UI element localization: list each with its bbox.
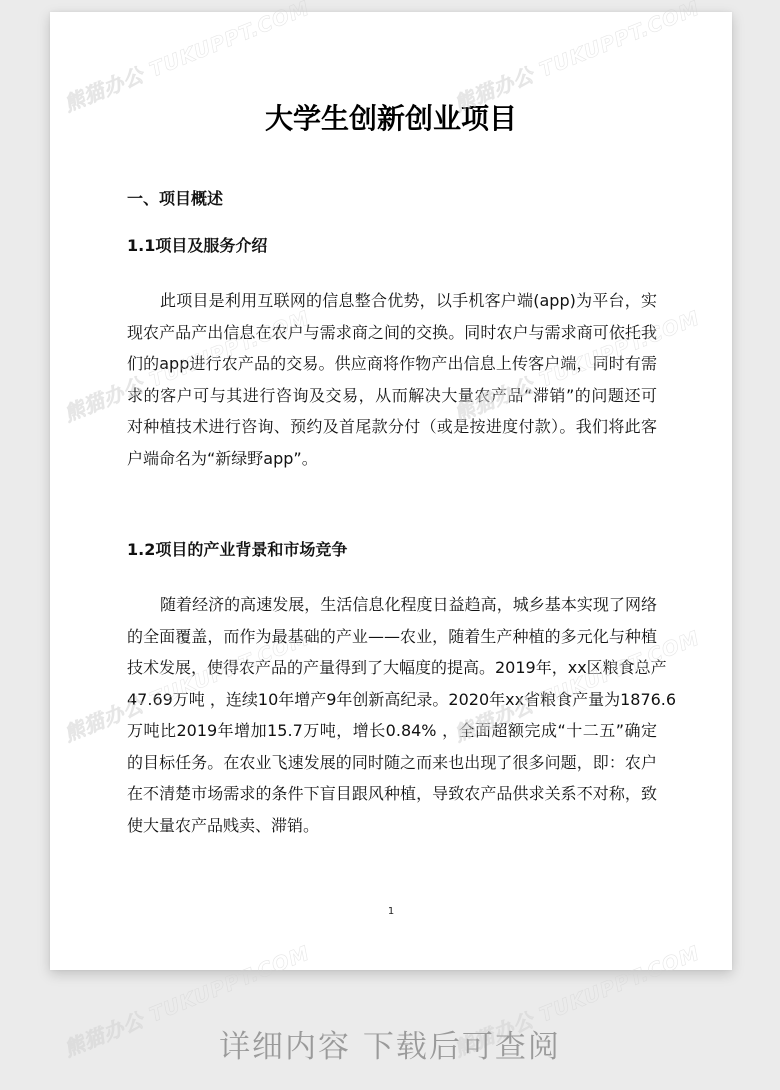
document-title: 大学生创新创业项目 <box>50 102 732 136</box>
paragraph-line: 万吨比2019年增加15.7万吨，增长0.84% ，全面超额完成“十二五”确定 <box>127 715 657 747</box>
paragraph-line: 使大量农产品贱卖、滞销。 <box>127 810 657 842</box>
paragraph-project-intro: 此项目是利用互联网的信息整合优势，以手机客户端(app)为平台，实 现农产品产出… <box>127 285 657 474</box>
paragraph-line: 的全面覆盖，而作为最基础的产业——农业，随着生产种植的多元化与种植 <box>127 621 657 653</box>
section-heading-overview: 一、项目概述 <box>127 188 223 210</box>
document-page: 大学生创新创业项目 一、项目概述 1.1项目及服务介绍 此项目是利用互联网的信息… <box>50 12 732 970</box>
download-to-view-notice: 详细内容 下载后可查阅 <box>0 1021 780 1066</box>
paragraph-line: 技术发展，使得农产品的产量得到了大幅度的提高。2019年，xx区粮食总产 <box>127 652 657 684</box>
paragraph-line: 此项目是利用互联网的信息整合优势，以手机客户端(app)为平台，实 <box>127 285 657 317</box>
paragraph-industry-background: 随着经济的高速发展，生活信息化程度日益趋高，城乡基本实现了网络 的全面覆盖，而作… <box>127 589 657 841</box>
paragraph-line: 对种植技术进行咨询、预约及首尾款分付（或是按进度付款）。我们将此客 <box>127 411 657 443</box>
paragraph-line: 在不清楚市场需求的条件下盲目跟风种植，导致农产品供求关系不对称，致 <box>127 778 657 810</box>
subsection-heading-industry-background: 1.2项目的产业背景和市场竞争 <box>127 539 347 561</box>
paragraph-line: 47.69万吨 ，连续10年增产9年创新高纪录。2020年xx省粮食产量为187… <box>127 684 657 716</box>
page-number: 1 <box>50 906 732 917</box>
paragraph-line: 随着经济的高速发展，生活信息化程度日益趋高，城乡基本实现了网络 <box>127 589 657 621</box>
paragraph-line: 求的客户可与其进行咨询及交易，从而解决大量农产品“滞销”的问题还可 <box>127 380 657 412</box>
paragraph-line: 现农产品产出信息在农户与需求商之间的交换。同时农户与需求商可依托我 <box>127 317 657 349</box>
paragraph-line: 户端命名为“新绿野app”。 <box>127 443 657 475</box>
subsection-heading-project-intro: 1.1项目及服务介绍 <box>127 235 267 257</box>
paragraph-line: 们的app进行农产品的交易。供应商将作物产出信息上传客户端，同时有需 <box>127 348 657 380</box>
paragraph-line: 的目标任务。在农业飞速发展的同时随之而来也出现了很多问题，即：农户 <box>127 747 657 779</box>
